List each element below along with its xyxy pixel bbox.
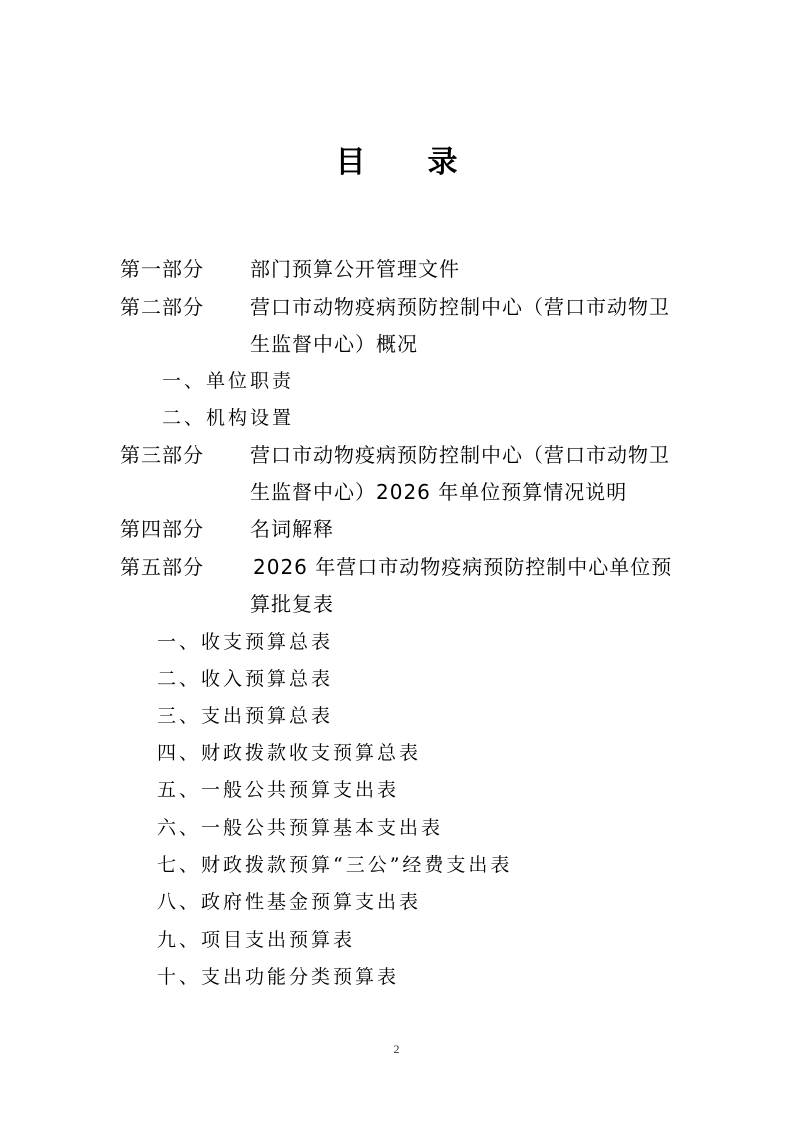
- toc-title-char-1: 目: [336, 137, 366, 181]
- toc-subitem[interactable]: 九、项目支出预算表: [157, 928, 355, 952]
- toc-subitem[interactable]: 五、一般公共预算支出表: [157, 778, 399, 802]
- toc-subitem[interactable]: 一、收支预算总表: [157, 630, 333, 654]
- part-title-line: 生监督中心）概况: [250, 332, 418, 356]
- part-label: 第一部分: [120, 257, 204, 281]
- toc-subitem[interactable]: 七、财政拨款预算“三公”经费支出表: [157, 853, 512, 877]
- part-title-line: 生监督中心）2026 年单位预算情况说明: [250, 480, 627, 504]
- page-number: 2: [0, 1042, 793, 1057]
- part-label: 第三部分: [120, 443, 204, 467]
- toc-title-char-2: 录: [428, 137, 458, 181]
- toc-subitem[interactable]: 一、单位职责: [162, 369, 294, 393]
- part-title-line: 营口市动物疫病预防控制中心（营口市动物卫: [250, 443, 670, 467]
- toc-subitem[interactable]: 四、财政拨款收支预算总表: [157, 741, 421, 765]
- toc-title: 目录: [0, 137, 793, 181]
- toc-subitem[interactable]: 二、收入预算总表: [157, 667, 333, 691]
- part-title-line: 2026 年营口市动物疫病预防控制中心单位预: [253, 555, 672, 579]
- toc-subitem[interactable]: 六、一般公共预算基本支出表: [157, 816, 443, 840]
- part-label: 第五部分: [120, 555, 204, 579]
- toc-subitem[interactable]: 三、支出预算总表: [157, 704, 333, 728]
- part-title-line: 部门预算公开管理文件: [250, 257, 460, 281]
- part-title-line: 营口市动物疫病预防控制中心（营口市动物卫: [250, 295, 670, 319]
- part-label: 第二部分: [120, 295, 204, 319]
- part-title-line: 名词解释: [250, 517, 334, 541]
- part-label: 第四部分: [120, 517, 204, 541]
- toc-subitem[interactable]: 八、政府性基金预算支出表: [157, 890, 421, 914]
- part-title-line: 算批复表: [250, 592, 334, 616]
- toc-subitem[interactable]: 二、机构设置: [162, 406, 294, 430]
- toc-subitem[interactable]: 十、支出功能分类预算表: [157, 965, 399, 989]
